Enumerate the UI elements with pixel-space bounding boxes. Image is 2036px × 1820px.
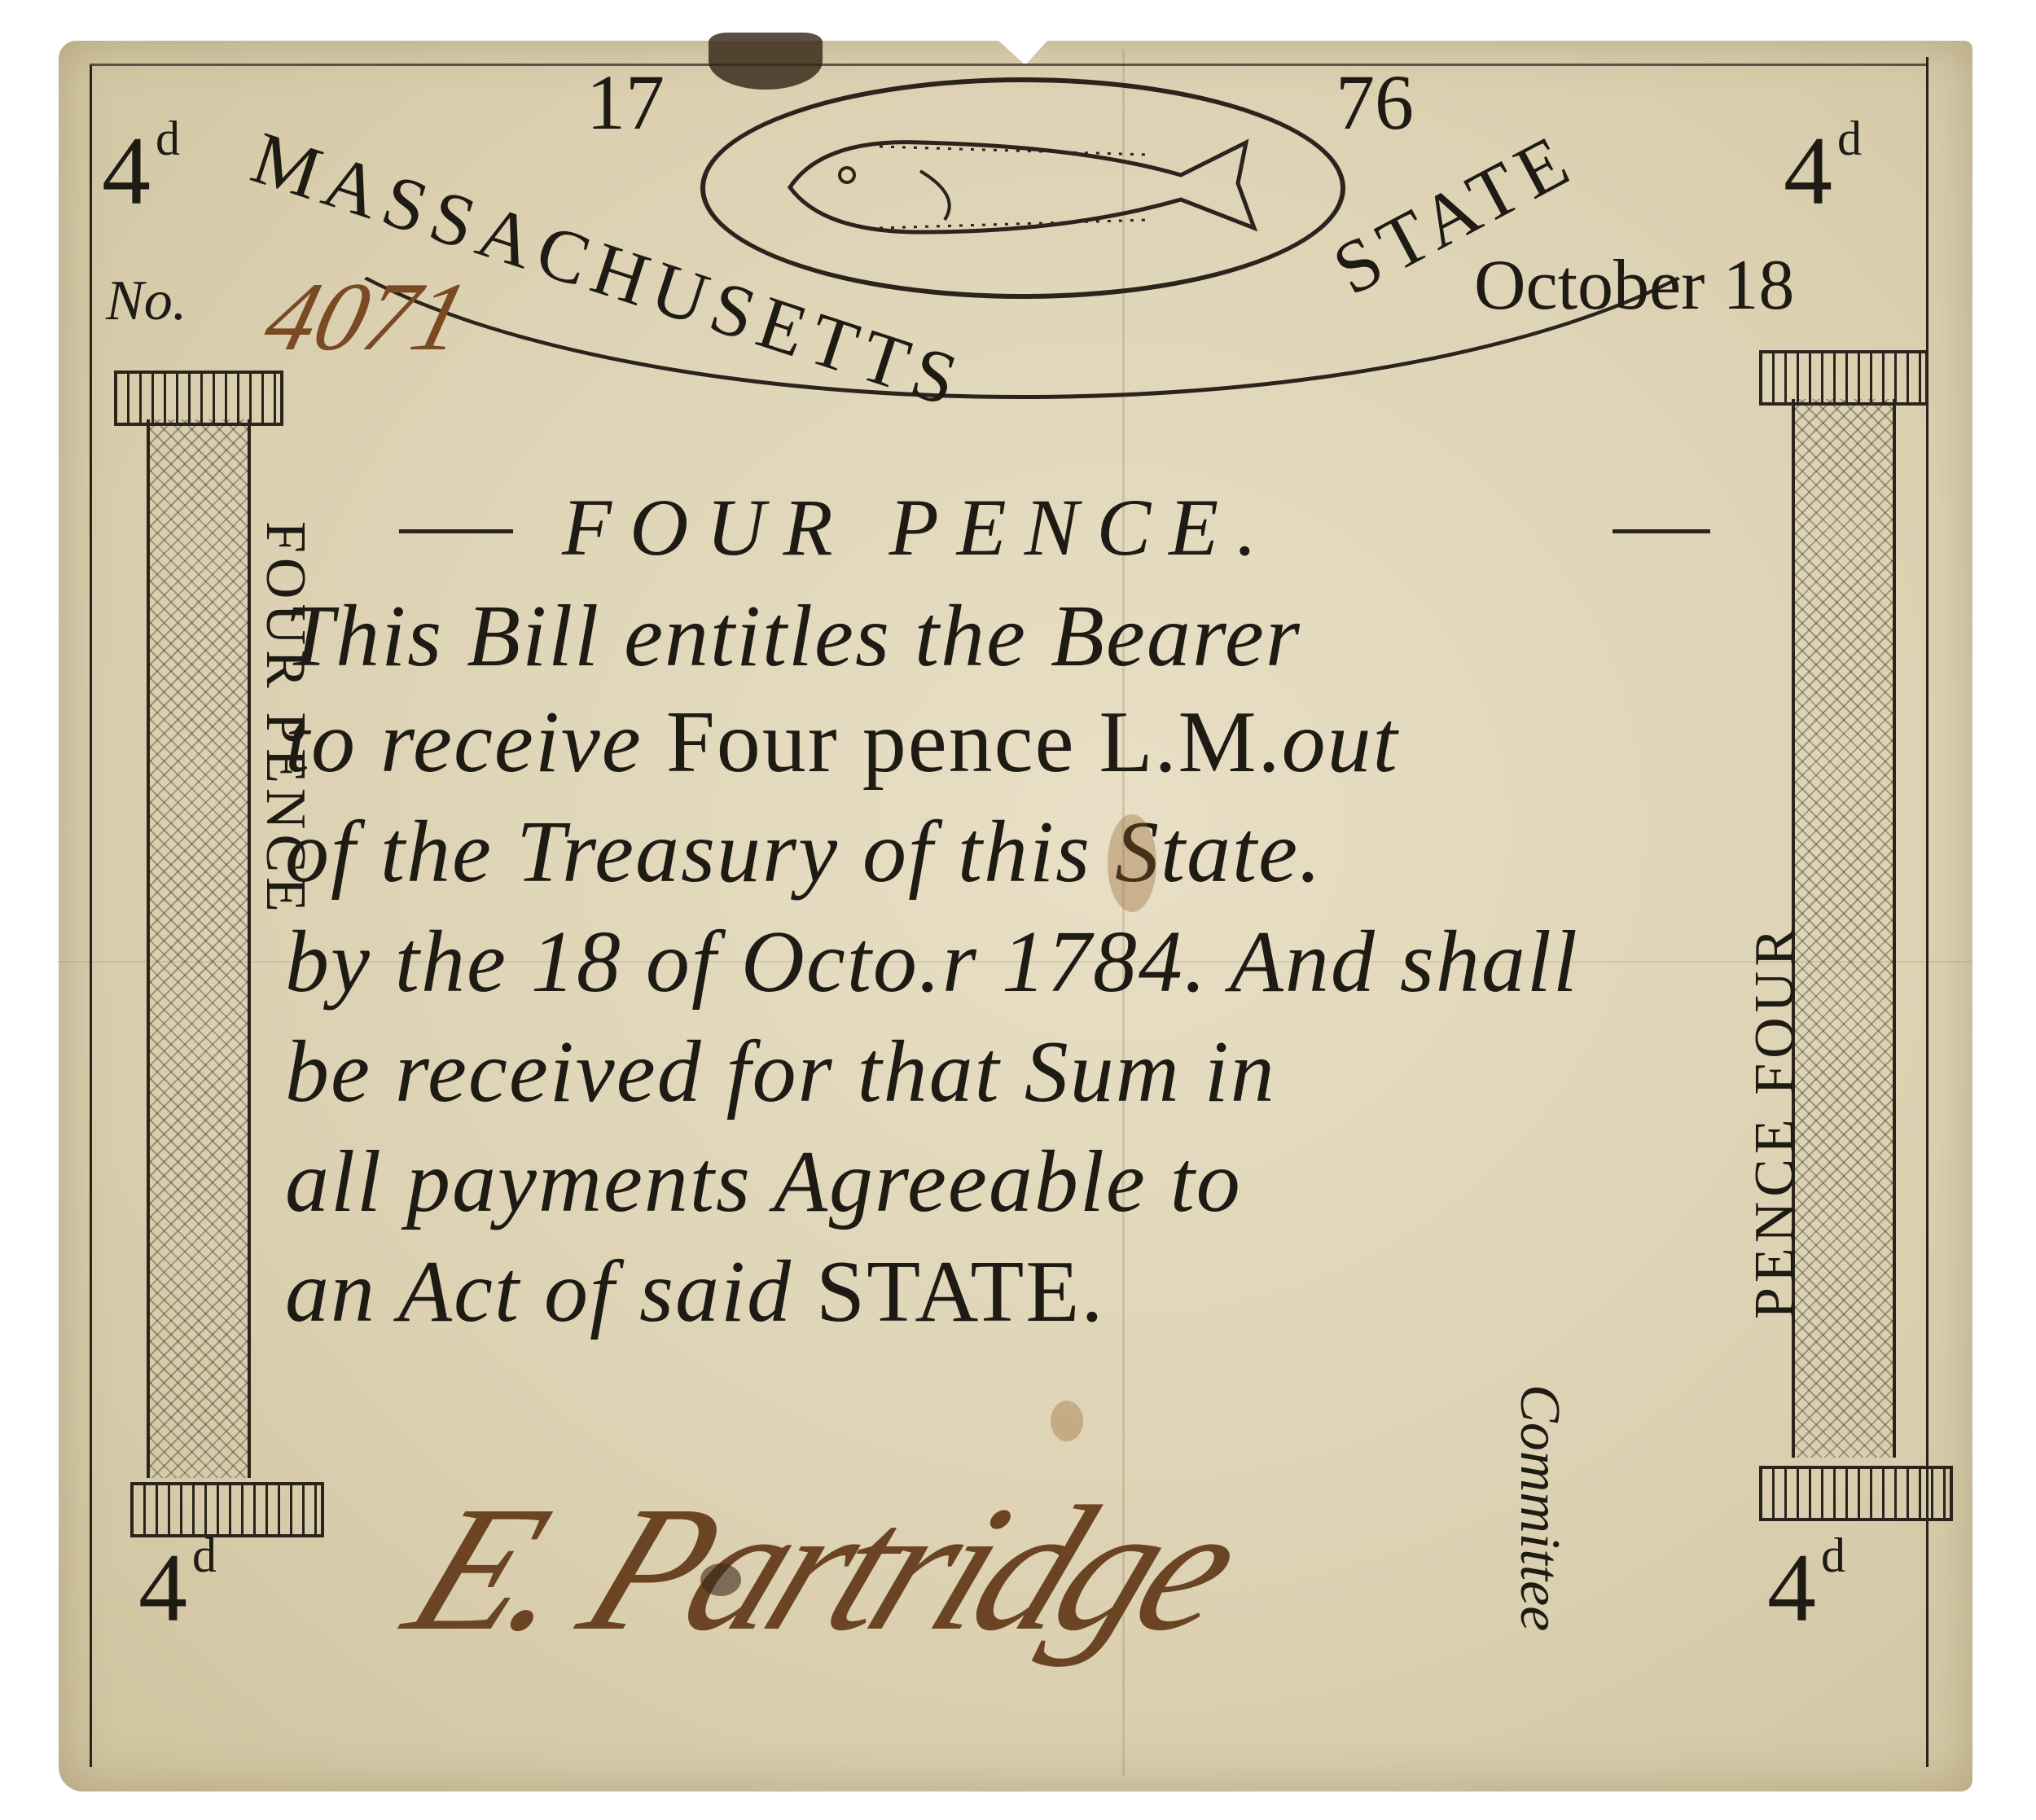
serial-number: 4071 [254, 261, 480, 373]
note-title: FOUR PENCE. [562, 480, 1275, 574]
pillar-left-capital [114, 371, 283, 426]
denom-suffix: d [1821, 1528, 1845, 1582]
signature: E. Partridge [382, 1466, 1263, 1672]
text: to receive [285, 694, 666, 791]
denom-value: 4 [1767, 1533, 1816, 1642]
committee-label: Committee [1507, 1384, 1572, 1631]
codfish-icon [757, 98, 1287, 269]
denom-value: 4 [102, 116, 151, 225]
body-line-5: be received for that Sum in [285, 1022, 1276, 1123]
text: all payments Agreeable to [285, 1134, 1242, 1230]
stain [1051, 1401, 1083, 1441]
issue-date: October 18 [1474, 244, 1794, 327]
body-line-6: all payments Agreeable to [285, 1132, 1242, 1233]
stain [709, 33, 823, 90]
border-left [90, 65, 92, 1767]
body-line-1: This Bill entitles the Bearer [285, 586, 1301, 687]
pillar-left-base [130, 1482, 324, 1537]
denom-suffix: d [156, 112, 180, 165]
denom-suffix: d [1837, 112, 1862, 165]
denomination-bottom-right: 4d [1767, 1539, 1845, 1637]
body-line-7: an Act of said STATE. [285, 1242, 1104, 1343]
stain [1108, 814, 1156, 912]
text: by the 18 of Octo.r 1784. And shall [285, 914, 1579, 1011]
denom-value: 4 [138, 1533, 187, 1642]
text: of the Treasury of this State. [285, 804, 1323, 901]
text: This Bill entitles the Bearer [285, 588, 1301, 685]
right-ribbon-text: PENCE FOUR [1743, 923, 1808, 1319]
body-line-3: of the Treasury of this State. [285, 802, 1323, 903]
body-line-4: by the 18 of Octo.r 1784. And shall [285, 912, 1579, 1013]
body-line-2: to receive Four pence L.M.out [285, 692, 1399, 793]
title-rule-right [1613, 529, 1710, 533]
pillar-right-capital [1759, 350, 1928, 406]
denomination-top-left: 4d [102, 122, 180, 220]
text: be received for that Sum in [285, 1024, 1276, 1121]
text-roman: STATE. [816, 1243, 1104, 1340]
denomination-bottom-left: 4d [138, 1539, 217, 1637]
text: out [1282, 694, 1399, 791]
serial-prefix: No. [106, 269, 186, 334]
title-rule-left [399, 529, 513, 533]
text: an Act of said [285, 1243, 816, 1340]
pillar-right-base [1759, 1466, 1953, 1521]
text-roman: Four pence L.M. [666, 694, 1282, 791]
stain [700, 1563, 741, 1596]
pillar-left [147, 419, 251, 1478]
